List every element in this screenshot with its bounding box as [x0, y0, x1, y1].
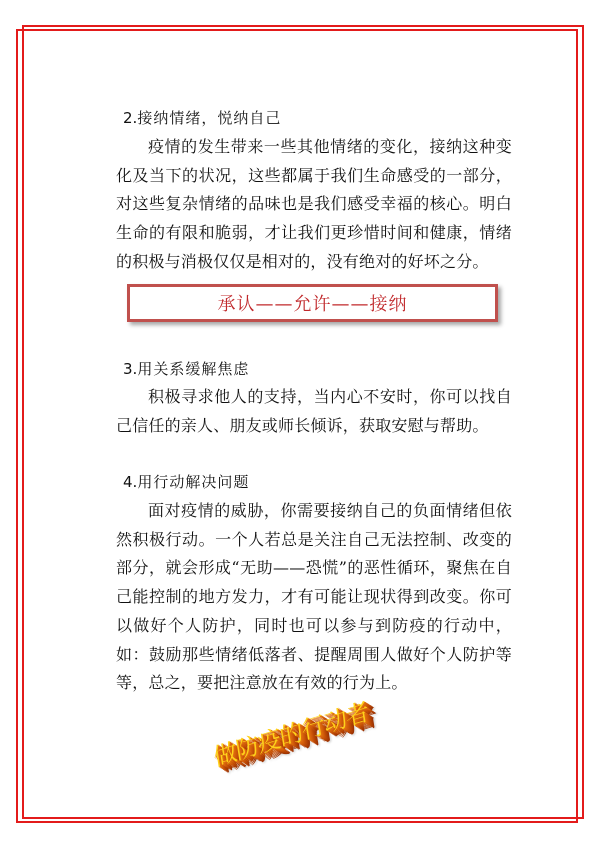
section-heading-3: 3.用关系缓解焦虑 — [123, 359, 249, 379]
section-title: 用关系缓解焦虑 — [137, 360, 249, 378]
section-body-4: 面对疫情的威胁，你需要接纳自己的负面情绪但依然积极行动。一个人若总是关注自己无法… — [116, 497, 512, 698]
section-heading-4: 4.用行动解决问题 — [123, 472, 249, 492]
callout-text: 承认——允许——接纳 — [218, 290, 408, 316]
section-number: 3. — [123, 360, 137, 378]
section-number: 4. — [123, 473, 137, 491]
section-title: 接纳情绪，悦纳自己 — [137, 109, 281, 127]
section-title: 用行动解决问题 — [137, 473, 249, 491]
callout-box: 承认——允许——接纳 — [127, 284, 498, 322]
section-number: 2. — [123, 109, 137, 127]
section-body-2: 疫情的发生带来一些其他情绪的变化，接纳这种变化及当下的状况，这些都属于我们生命感… — [116, 133, 512, 277]
section-body-3: 积极寻求他人的支持，当内心不安时，你可以找自己信任的亲人、朋友或师长倾诉，获取安… — [116, 383, 512, 440]
section-heading-2: 2.接纳情绪，悦纳自己 — [123, 108, 281, 128]
